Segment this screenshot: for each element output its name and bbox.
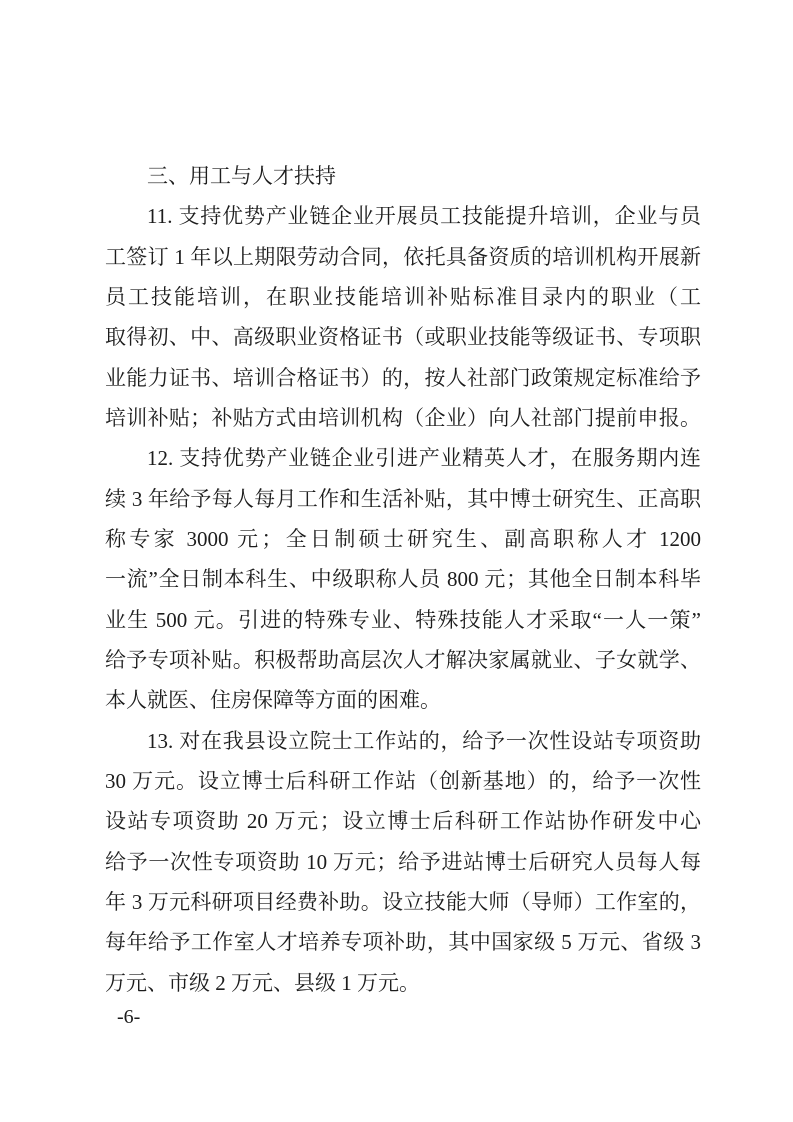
text-line: 业能力证书、培训合格证书）的，按人社部门政策规定标准给予	[105, 358, 701, 398]
text-line: 培训补贴；补贴方式由培训机构（企业）向人社部门提前申报。	[105, 398, 701, 438]
document-page: 三、用工与人才扶持 11. 支持优势产业链企业开展员工技能提升培训，企业与员工签…	[0, 0, 793, 1122]
paragraphs-container: 11. 支持优势产业链企业开展员工技能提升培训，企业与员工签订 1 年以上期限劳…	[105, 196, 701, 1003]
text-line: 给予一次性专项资助 10 万元；给予进站博士后研究人员每人每	[105, 842, 701, 882]
text-line: 工签订 1 年以上期限劳动合同，依托具备资质的培训机构开展新	[105, 237, 701, 277]
text-line: 员工技能培训，在职业技能培训补贴标准目录内的职业（工种），	[105, 277, 701, 317]
text-line: 30 万元。设立博士后科研工作站（创新基地）的，给予一次性	[105, 761, 701, 801]
text-line: 每年给予工作室人才培养专项补助，其中国家级 5 万元、省级 3	[105, 922, 701, 962]
page-number: -6-	[117, 1003, 140, 1031]
text-line: 13. 对在我县设立院士工作站的，给予一次性设站专项资助	[105, 721, 701, 761]
text-line: 业生 500 元。引进的特殊专业、特殊技能人才采取“一人一策”	[105, 600, 701, 640]
text-line: 取得初、中、高级职业资格证书（或职业技能等级证书、专项职	[105, 317, 701, 357]
text-line: 11. 支持优势产业链企业开展员工技能提升培训，企业与员	[105, 196, 701, 236]
text-line: 万元、市级 2 万元、县级 1 万元。	[105, 963, 701, 1003]
text-line: 一流”全日制本科生、中级职称人员 800 元；其他全日制本科毕	[105, 559, 701, 599]
text-line: 12. 支持优势产业链企业引进产业精英人才，在服务期内连	[105, 438, 701, 478]
document-body: 三、用工与人才扶持 11. 支持优势产业链企业开展员工技能提升培训，企业与员工签…	[105, 156, 701, 1003]
text-line: 称专家 3000 元；全日制硕士研究生、副高职称人才 1200 元；“双	[105, 519, 701, 559]
text-line: 设站专项资助 20 万元；设立博士后科研工作站协作研发中心的，	[105, 801, 701, 841]
text-line: 年 3 万元科研项目经费补助。设立技能大师（导师）工作室的，	[105, 882, 701, 922]
text-line: 本人就医、住房保障等方面的困难。	[105, 680, 701, 720]
text-line: 给予专项补贴。积极帮助高层次人才解决家属就业、子女就学、	[105, 640, 701, 680]
text-line: 续 3 年给予每人每月工作和生活补贴，其中博士研究生、正高职	[105, 479, 701, 519]
section-heading: 三、用工与人才扶持	[105, 156, 701, 196]
